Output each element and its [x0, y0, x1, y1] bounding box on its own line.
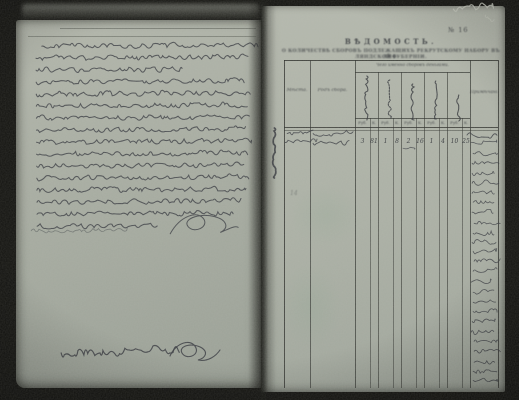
table-rule	[355, 72, 470, 73]
table-rule	[370, 118, 371, 388]
column-group-header: Чего именно сборовъ деньгами.	[355, 63, 470, 68]
table-cell-value: 16	[416, 138, 424, 145]
money-subheader: Руб.	[447, 120, 462, 125]
money-subheader: К.	[416, 120, 424, 125]
remarks-handwriting	[472, 298, 497, 306]
manuscript-line	[41, 41, 259, 50]
manuscript-line	[35, 113, 250, 122]
manuscript-line	[36, 137, 253, 146]
remarks-handwriting	[472, 247, 498, 255]
remarks-handwriting	[470, 138, 498, 145]
remarks-handwriting	[471, 179, 500, 187]
left-page	[16, 20, 262, 388]
microfilm-frame: № 16 ВѢДОМОСТЬ. О КОЛИЧЕСТВѢ СБОРОВЪ ПОД…	[0, 0, 519, 400]
row-entry-handwriting	[312, 139, 350, 146]
manuscript-line	[35, 89, 251, 98]
remarks-handwriting	[472, 150, 499, 157]
table-rule	[310, 60, 311, 388]
column-header-remarks: Примѣчанія.	[470, 90, 498, 95]
table-cell-value: 1	[378, 138, 393, 145]
table-rule	[284, 60, 498, 61]
remarks-handwriting	[472, 267, 498, 274]
remarks-handwriting	[472, 198, 495, 206]
table-rule	[470, 60, 471, 388]
page-number: № 16	[448, 26, 469, 34]
table-cell-value: 8	[393, 138, 401, 145]
margin-mark: 14	[290, 190, 298, 197]
manuscript-line	[36, 197, 242, 205]
margin-brace	[272, 127, 277, 179]
manuscript-line	[36, 161, 245, 169]
money-subheader: К.	[462, 120, 470, 125]
remarks-handwriting	[471, 208, 494, 215]
manuscript-line	[36, 149, 249, 157]
remarks-handwriting	[473, 337, 499, 344]
vertical-column-label	[387, 79, 393, 119]
table-cell-value: 25	[462, 138, 470, 145]
vertical-column-label	[364, 75, 370, 121]
vertical-column-label	[433, 80, 439, 120]
table-cell-value: 3	[355, 138, 370, 145]
remarks-handwriting	[471, 317, 496, 325]
signature-flourish	[168, 209, 234, 233]
signature-caption	[30, 227, 128, 234]
remarks-handwriting	[471, 169, 495, 176]
remarks-handwriting	[473, 358, 496, 365]
table-cell-value: 2	[401, 138, 416, 145]
vertical-column-label	[410, 83, 416, 121]
remarks-handwriting	[471, 190, 495, 197]
money-subheader: Руб.	[401, 120, 416, 125]
stain	[280, 264, 342, 348]
table-cell-value: 81	[370, 138, 378, 145]
money-subheader: Руб.	[424, 120, 439, 125]
remarks-handwriting	[472, 229, 495, 236]
manuscript-line	[35, 125, 246, 133]
table-rule	[462, 118, 463, 388]
remarks-handwriting	[473, 219, 501, 227]
table-rule	[416, 118, 417, 388]
table-rule	[355, 60, 356, 388]
table-rule	[498, 60, 499, 388]
table-rule	[284, 127, 498, 128]
table-cell-value: 4	[439, 138, 447, 145]
table-rule	[284, 60, 285, 388]
manuscript-line	[35, 53, 249, 61]
manuscript-line	[35, 101, 248, 109]
stain	[290, 184, 362, 246]
manuscript-line	[35, 66, 183, 74]
handwritten-text-block	[15, 19, 264, 389]
money-subheader: К.	[393, 120, 401, 125]
remarks-handwriting	[471, 159, 500, 167]
document-title: ВѢДОМОСТЬ.	[291, 37, 491, 46]
remarks-handwriting	[472, 367, 498, 375]
table-cell-value: 1	[424, 138, 439, 145]
remarks-handwriting	[472, 307, 498, 314]
money-subheader: Руб.	[355, 120, 370, 125]
table-rule	[284, 130, 498, 131]
row-entry-handwriting	[284, 138, 318, 146]
manuscript-line	[36, 209, 234, 217]
remarks-handwriting	[470, 328, 495, 335]
manuscript-line	[36, 185, 247, 193]
money-subheader: К.	[439, 120, 447, 125]
underline-stroke	[402, 146, 416, 150]
table-cell-value: 10	[447, 138, 462, 145]
column-header-place: Мѣста.	[284, 88, 310, 93]
table-rule	[439, 118, 440, 388]
right-page: № 16 ВѢДОМОСТЬ. О КОЛИЧЕСТВѢ СБОРОВЪ ПОД…	[262, 6, 505, 392]
table-rule	[393, 118, 394, 388]
remarks-handwriting	[471, 238, 497, 246]
money-subheader: К.	[370, 120, 378, 125]
remarks-handwriting	[472, 377, 499, 384]
manuscript-line	[35, 77, 245, 85]
manuscript-line	[36, 222, 158, 230]
remarks-handwriting	[470, 278, 492, 286]
column-header-kind: Родъ сбора.	[310, 88, 355, 93]
manuscript-line	[36, 173, 250, 181]
remarks-handwriting	[472, 289, 495, 296]
money-subheader: Руб.	[378, 120, 393, 125]
